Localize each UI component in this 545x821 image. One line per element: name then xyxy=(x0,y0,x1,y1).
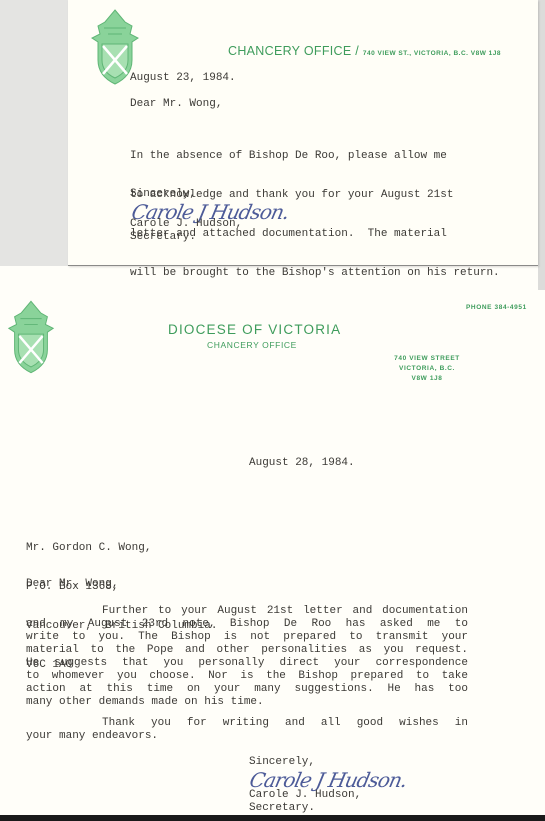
note-body-line: will be brought to the Bishop's attentio… xyxy=(130,267,500,280)
page-edge xyxy=(538,0,545,290)
address-line: V8W 1J8 xyxy=(390,374,464,384)
note-body-line: In the absence of Bishop De Roo, please … xyxy=(130,150,500,163)
letterhead-separator: / xyxy=(352,44,363,58)
address-line: VICTORIA, B.C. xyxy=(390,364,464,374)
background-surface xyxy=(0,0,68,266)
note-salutation: Dear Mr. Wong, xyxy=(130,98,222,111)
letter-signer-title: Secretary. xyxy=(249,802,315,815)
acknowledgement-note: CHANCERY OFFICE / 740 VIEW ST., VICTORIA… xyxy=(68,0,538,266)
letterhead-title: DIOCESE OF VICTORIA xyxy=(168,322,341,337)
letterhead-phone: PHONE 384-4951 xyxy=(466,304,527,311)
letter-salutation: Dear Mr. Wong, xyxy=(26,578,118,591)
address-line: 740 VIEW STREET xyxy=(390,354,464,364)
paragraph-line: to whomever you choose. Nor is the Bisho… xyxy=(26,670,468,683)
note-signer-title: Secretary. xyxy=(130,231,196,244)
paragraph-line: material to the Pope and other personali… xyxy=(26,644,468,657)
paragraph-line: your many endeavors. xyxy=(26,730,468,743)
scan-edge xyxy=(0,815,545,821)
letterhead-subtitle: CHANCERY OFFICE xyxy=(207,340,297,350)
letter-paragraph-2: Thank you for writing and all good wishe… xyxy=(26,717,468,743)
note-signer-name: Carole J. Hudson, xyxy=(130,218,242,231)
letterhead-title: CHANCERY OFFICE xyxy=(228,44,352,58)
paragraph-line: many other demands made on his time. xyxy=(26,696,468,709)
paragraph-line: He suggests that you personally direct y… xyxy=(26,657,468,670)
letter-signer-name: Carole J. Hudson, xyxy=(249,789,361,802)
letter-date: August 28, 1984. xyxy=(249,457,355,470)
paragraph-line: Thank you for writing and all good wishe… xyxy=(26,717,468,730)
recipient-line: Mr. Gordon C. Wong, xyxy=(26,542,217,555)
paragraph-line: Further to your August 21st letter and d… xyxy=(26,605,468,618)
note-date: August 23, 1984. xyxy=(130,72,236,85)
letterhead-address: 740 VIEW STREET VICTORIA, B.C. V8W 1J8 xyxy=(390,354,464,384)
letter-paragraph-1: Further to your August 21st letter and d… xyxy=(26,605,468,709)
paragraph-line: action at this time on your many suggest… xyxy=(26,683,468,696)
diocese-crest-icon xyxy=(3,298,59,376)
paragraph-line: write to you. The Bishop is not prepared… xyxy=(26,631,468,644)
paragraph-line: and my August 23rd note, Bishop De Roo h… xyxy=(26,618,468,631)
note-letterhead: CHANCERY OFFICE / 740 VIEW ST., VICTORIA… xyxy=(228,44,501,58)
letterhead-address: 740 VIEW ST., VICTORIA, B.C. V8W 1J8 xyxy=(363,50,501,57)
